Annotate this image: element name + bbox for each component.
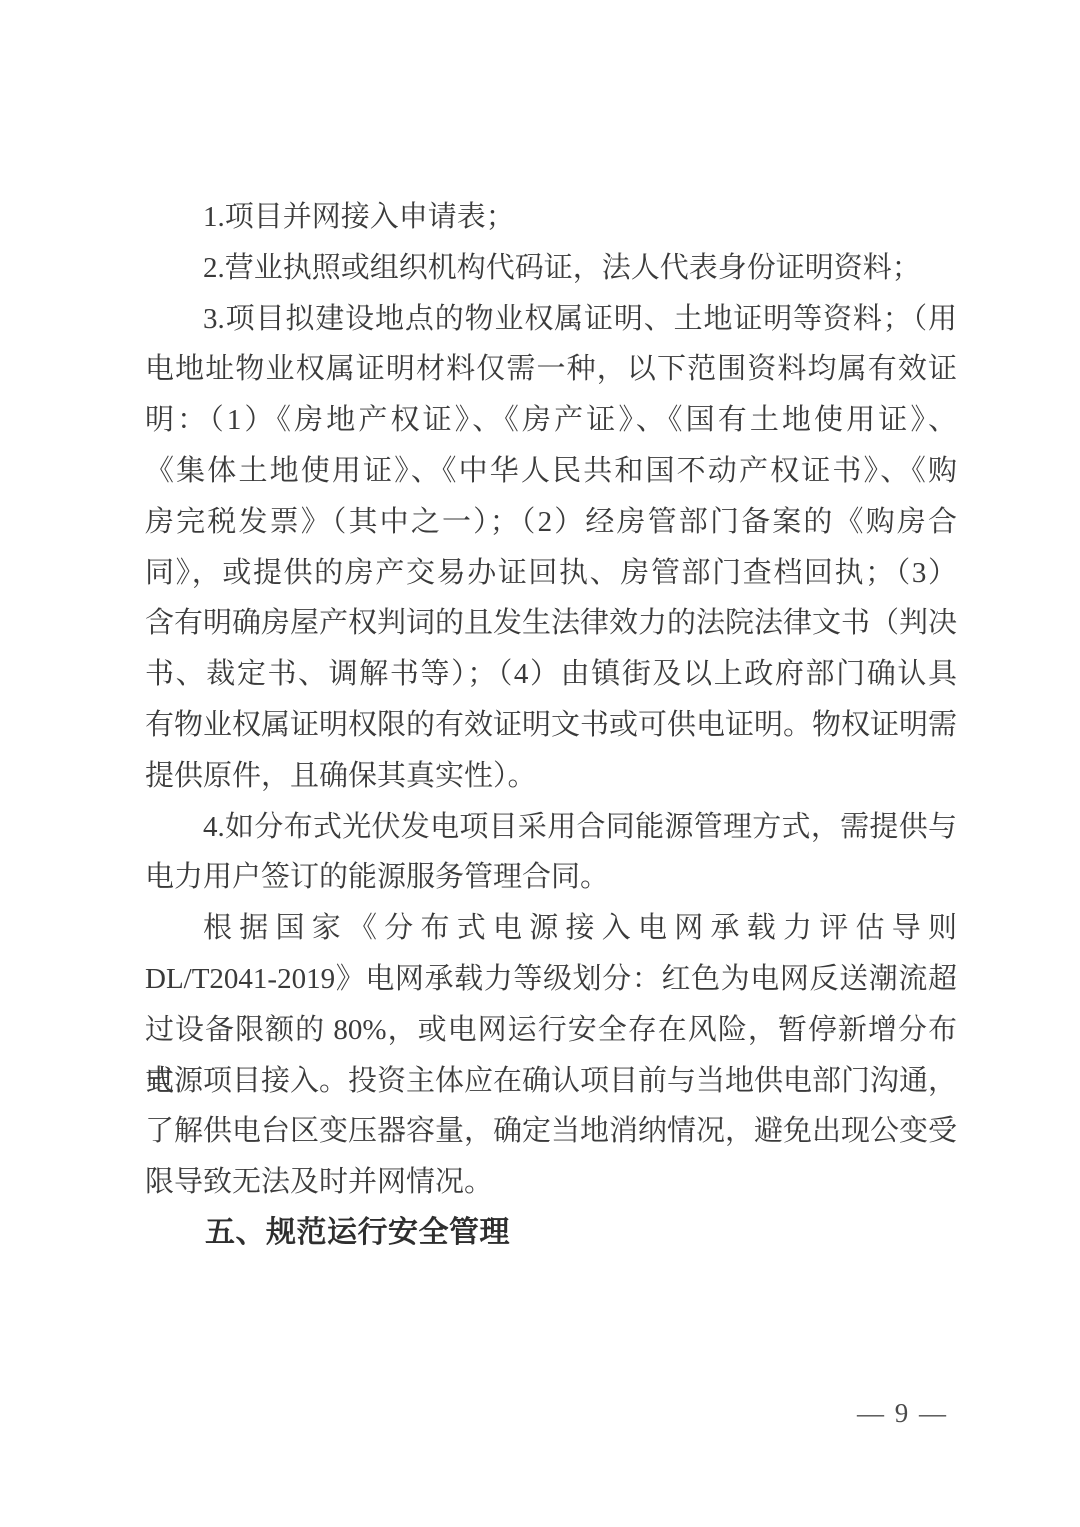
text-line: 电源项目接入。投资主体应在确认项目前与当地供电部门沟通，	[145, 1056, 957, 1107]
text-line: 电地址物业权属证明材料仅需一种，以下范围资料均属有效证	[145, 344, 957, 395]
text-line: DL/T2041-2019》电网承载力等级划分：红色为电网反送潮流超	[145, 954, 957, 1005]
text-line: 根据国家《分布式电源接入电网承载力评估导则	[145, 903, 957, 954]
page-number: — 9 —	[857, 1398, 948, 1429]
text-line: 1.项目并网接入申请表；	[145, 192, 957, 243]
text-line: 3.项目拟建设地点的物业权属证明、土地证明等资料；（用	[145, 294, 957, 345]
text-line: 同》，或提供的房产交易办证回执、房管部门查档回执；（3）	[145, 548, 957, 599]
text-line: 书、裁定书、调解书等）；（4）由镇街及以上政府部门确认具	[145, 649, 957, 700]
text-line: 4.如分布式光伏发电项目采用合同能源管理方式，需提供与	[145, 802, 957, 853]
text-line: 提供原件，且确保其真实性）。	[145, 751, 957, 802]
text-line: 2.营业执照或组织机构代码证，法人代表身份证明资料；	[145, 243, 957, 294]
text-line: 过设备限额的 80%，或电网运行安全存在风险，暂停新增分布式	[145, 1005, 957, 1056]
text-line: 《集体土地使用证》、《中华人民共和国不动产权证书》、《购	[145, 446, 957, 497]
text-line: 电力用户签订的能源服务管理合同。	[145, 852, 957, 903]
text-line: 含有明确房屋产权判词的且发生法律效力的法院法律文书（判决	[145, 598, 957, 649]
text-line: 房完税发票》（其中之一）；（2）经房管部门备案的《购房合	[145, 497, 957, 548]
text-line: 有物业权属证明权限的有效证明文书或可供电证明。物权证明需	[145, 700, 957, 751]
document-body: 1.项目并网接入申请表；2.营业执照或组织机构代码证，法人代表身份证明资料；3.…	[145, 192, 957, 1259]
text-line: 了解供电台区变压器容量，确定当地消纳情况，避免出现公变受	[145, 1106, 957, 1157]
text-line: 明：（1）《房地产权证》、《房产证》、《国有土地使用证》、	[145, 395, 957, 446]
document-page: 1.项目并网接入申请表；2.营业执照或组织机构代码证，法人代表身份证明资料；3.…	[0, 0, 1080, 1527]
section-heading: 五、规范运行安全管理	[145, 1208, 957, 1259]
text-line: 限导致无法及时并网情况。	[145, 1157, 957, 1208]
